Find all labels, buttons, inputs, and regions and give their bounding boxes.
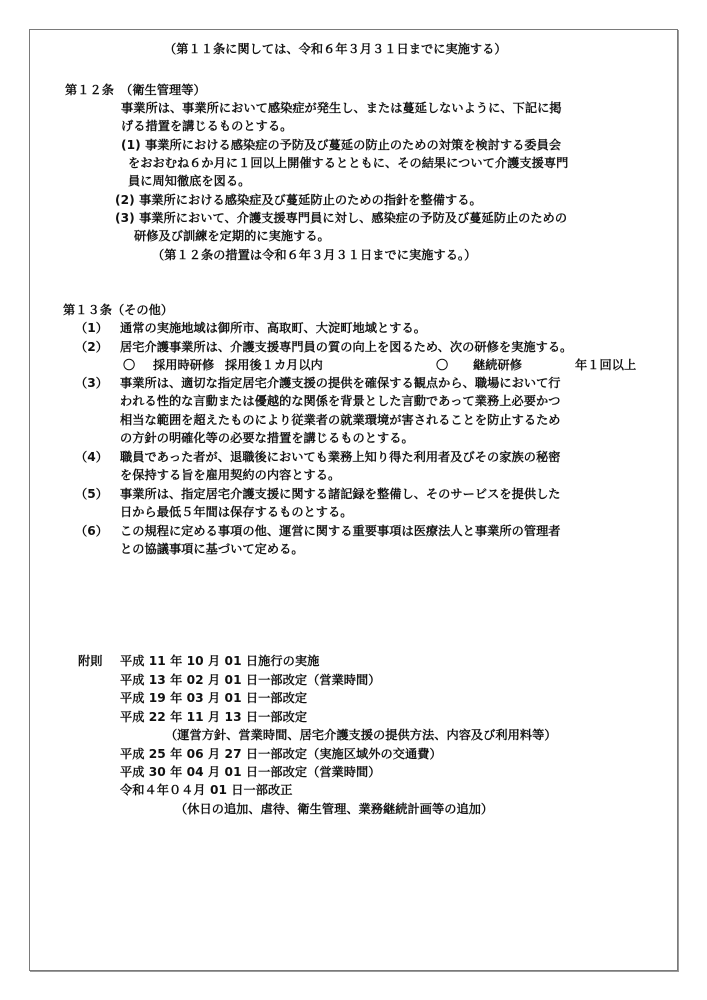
article12-item-1-line: (1) 事業所における感染症の予防及び蔓延の防止のための対策を検討する委員会 (121, 137, 561, 154)
article12-intro-line: 事業所は、事業所において感染症が発生し、または蔓延しないように、下記に掲 (121, 100, 562, 117)
supplementary-label: 附則 (78, 653, 102, 670)
article13-item-number: （2） (75, 339, 108, 356)
article12-item-3-line: 研修及び訓練を定期的に実施する。 (134, 228, 330, 245)
article13-item-4-line: 職員であった者が、退職後においても業務上知り得た利用者及びその家族の秘密 (120, 449, 560, 466)
article13-item-3-line: 事業所は、適切な指定居宅介護支援の提供を確保する観点から、職場において行 (120, 375, 561, 392)
supplementary-entry: 平成 22 年 11 月 13 日一部改定 (120, 709, 307, 726)
article13-item-5-line: 事業所は、指定居宅介護支援に関する諸記録を整備し、そのサービスを提供した (120, 486, 561, 503)
supplementary-entry: 平成 19 年 03 月 01 日一部改定 (120, 690, 307, 707)
supplementary-entry: 平成 30 年 04 月 01 日一部改定（営業時間） (120, 764, 381, 781)
article12-item-1-line: 員に周知徹底を図る。 (128, 173, 250, 190)
supplementary-entry-detail: （運営方針、営業時間、居宅介護支援の提供方法、内容及び利用料等） (165, 727, 557, 744)
article12-note: （第１２条の措置は令和６年３月３１日までに実施する。） (152, 247, 476, 264)
supplementary-entry: 平成 13 年 02 月 01 日一部改定（営業時間） (120, 672, 381, 689)
training-bullet: 〇 (123, 357, 135, 374)
article12-item-2-line: (2) 事業所における感染症及び蔓延防止のための指針を整備する。 (115, 192, 482, 209)
article12-intro-line: げる措置を講じるものとする。 (121, 118, 292, 135)
training-timing: 年１回以上 (575, 357, 636, 374)
training-bullet: 〇 (436, 357, 448, 374)
article13-heading: 第１３条（その他） (63, 302, 173, 319)
article13-item-3-line: われる性的な言動または優越的な関係を背景とした言動であって業務上必要かつ (120, 393, 560, 410)
supplementary-entry: 平成 11 年 10 月 01 日施行の実施 (120, 653, 319, 670)
article13-item-1-line: 通常の実施地域は御所市、高取町、大淀町地域とする。 (120, 320, 426, 337)
training-timing: 採用後１カ月以内 (225, 357, 323, 374)
article13-item-number: （1） (75, 320, 108, 337)
supplementary-entry: 平成 25 年 06 月 27 日一部改定（実施区域外の交通費） (120, 746, 442, 763)
training-name: 採用時研修 (153, 357, 214, 374)
article12-heading: 第１２条 （衛生管理等） (65, 82, 206, 99)
article13-item-4-line: を保持する旨を雇用契約の内容とする。 (120, 467, 340, 484)
supplementary-entry: 令和４年０４月 01 日一部改正 (120, 782, 293, 799)
training-name: 継続研修 (473, 357, 522, 374)
article13-item-number: （4） (75, 449, 108, 466)
article13-item-6-line: この規程に定める事項の他、運営に関する重要事項は医療法人と事業所の管理者 (120, 523, 561, 540)
article13-item-2-line: 居宅介護事業所は、介護支援専門員の質の向上を図るため、次の研修を実施する。 (120, 339, 572, 356)
article13-item-5-line: 日から最低５年間は保存するものとする。 (120, 504, 353, 521)
article13-item-number: （6） (75, 523, 108, 540)
article12-item-3-line: (3) 事業所において、介護支援専門員に対し、感染症の予防及び蔓延防止のための (115, 210, 567, 227)
article13-item-6-line: との協議事項に基づいて定める。 (120, 541, 304, 558)
article13-item-3-line: 相当な範囲を超えたものにより従業者の就業環境が害されることを防止するため (120, 412, 561, 429)
article13-item-3-line: の方針の明確化等の必要な措置を講じるものとする。 (120, 430, 414, 447)
article13-item-number: （3） (75, 375, 108, 392)
supplementary-entry-detail: （休日の追加、虐待、衛生管理、業務継続計画等の追加） (175, 801, 493, 818)
article11-note: （第１１条に関しては、令和６年３月３１日までに実施する） (164, 41, 507, 58)
article12-item-1-line: をおおむね６か月に１回以上開催するとともに、その結果について介護支援専門 (128, 155, 568, 172)
article13-item-number: （5） (75, 486, 108, 503)
